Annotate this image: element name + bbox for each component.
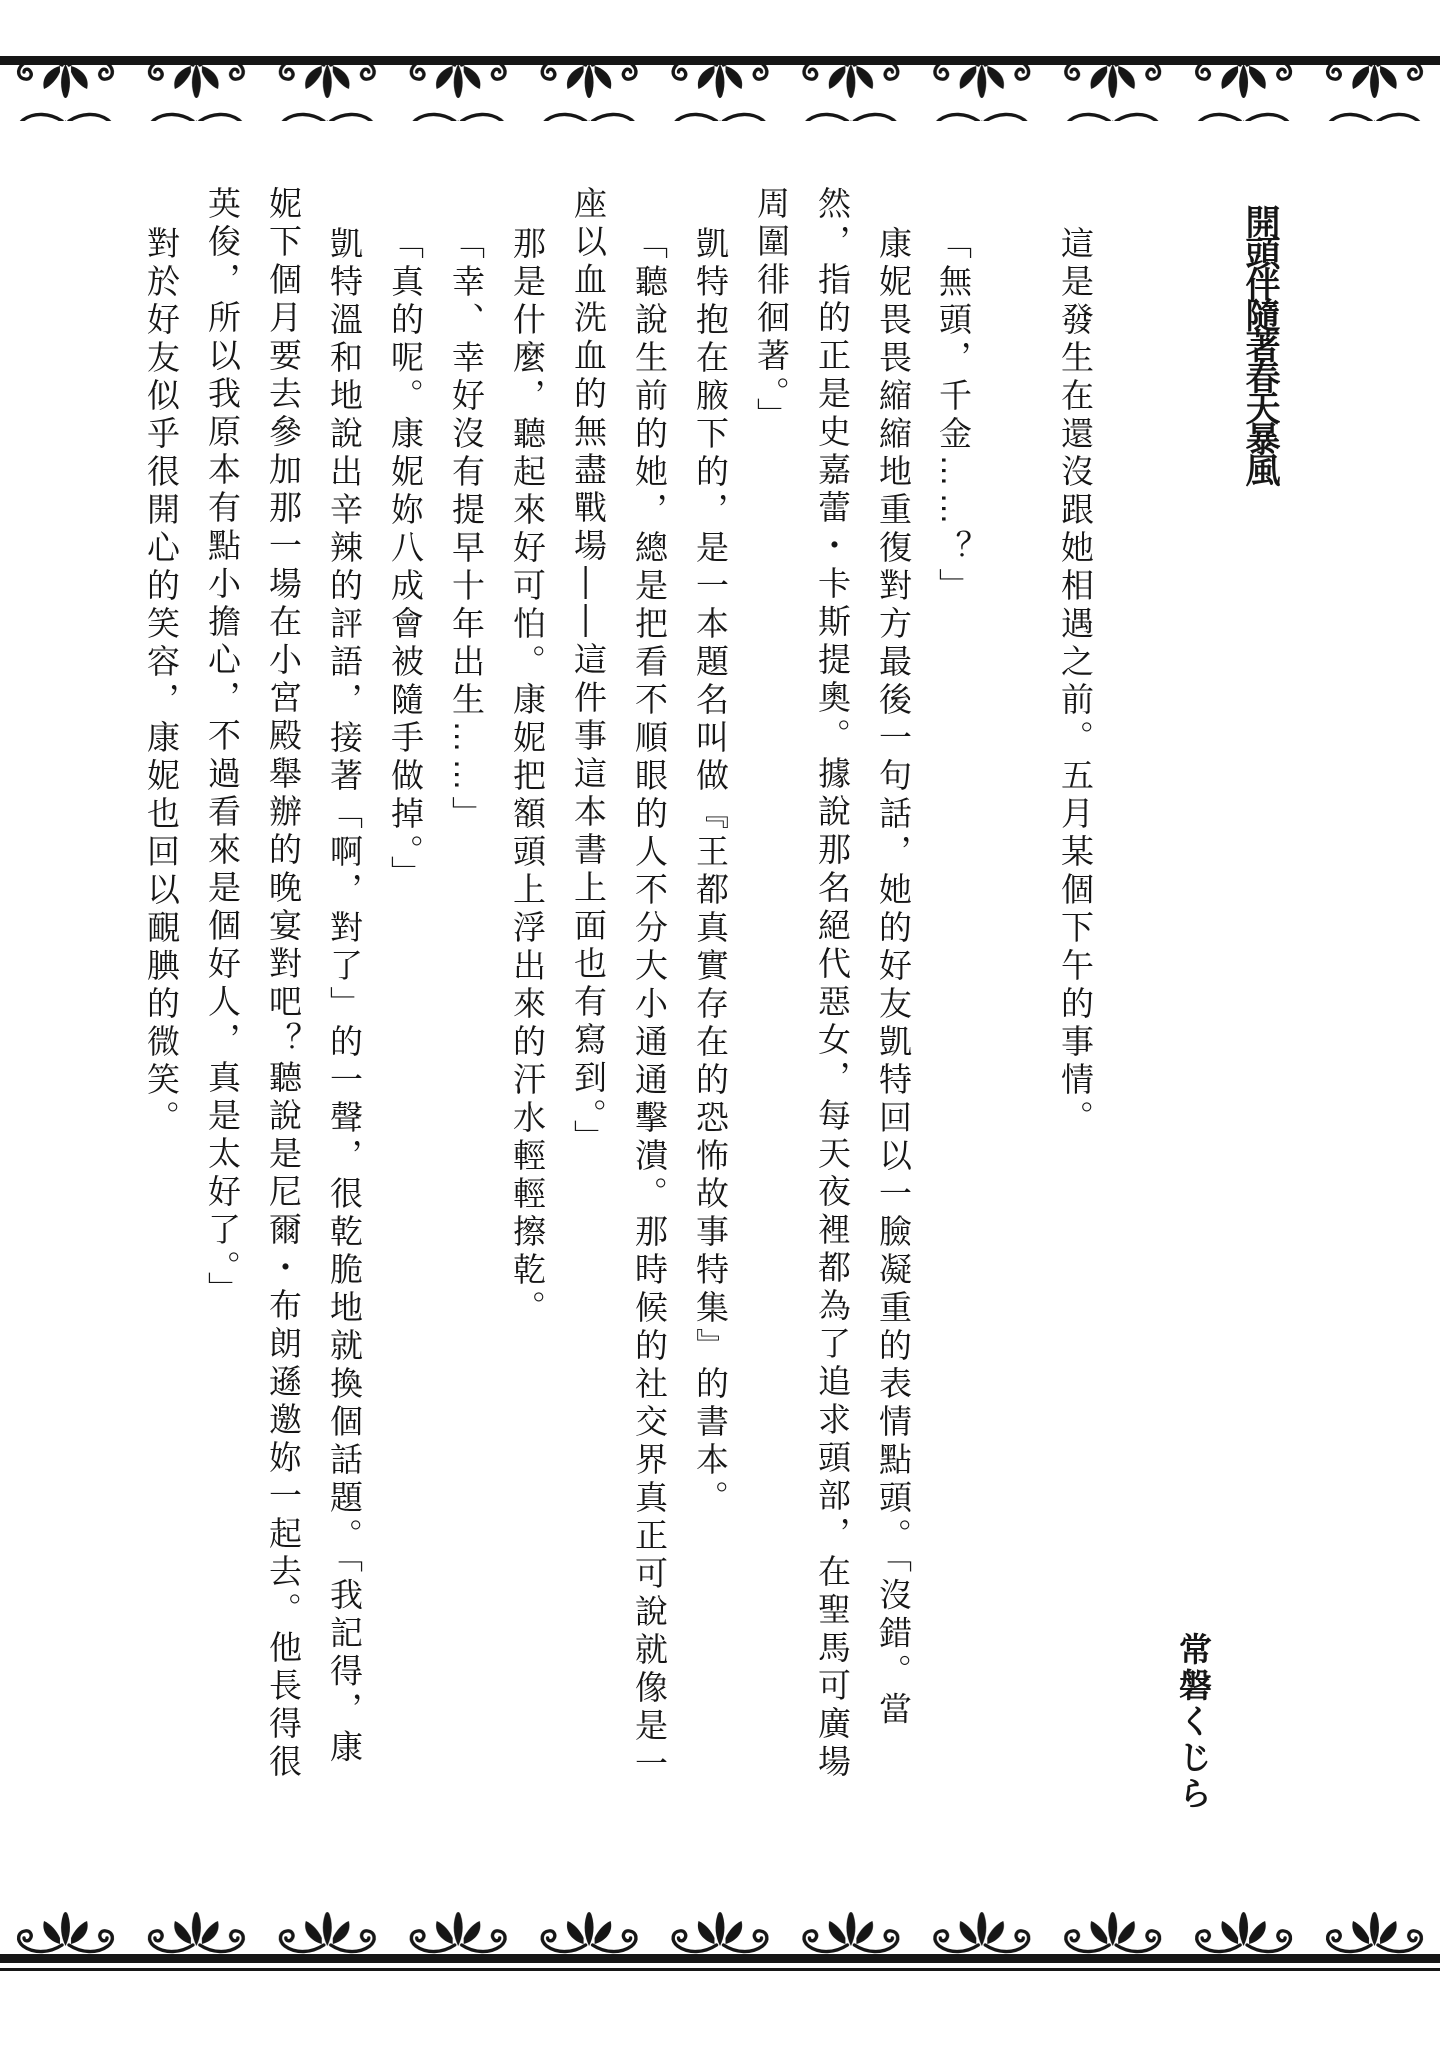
chapter-title: 開頭伴隨著春天暴風 xyxy=(1240,204,1280,483)
text-column: 「聽說生前的她，總是把看不順眼的人不分大小通通擊潰。那時候的社交界真正可說就像是… xyxy=(629,226,669,1784)
author-name: 常磐くじら xyxy=(1173,1632,1213,1812)
text-column: 「幸、幸好沒有提早十年出生……」 xyxy=(446,226,486,834)
bottom-ornament-border-icon xyxy=(0,1898,1440,1978)
text-column: 然，指的正是史嘉蕾・卡斯提奧。據說那名絕代惡女，每天夜裡都為了追求頭部，在聖馬可… xyxy=(812,186,852,1782)
text-column: 周圍徘徊著。」 xyxy=(751,186,791,436)
text-column: 凱特溫和地說出辛辣的評語，接著「啊，對了」的一聲，很乾脆地就換個話題。「我記得，… xyxy=(324,226,364,1768)
book-page: 開頭伴隨著春天暴風 常磐くじら 這是發生在還沒跟她相遇之前。五月某個下午的事情。… xyxy=(0,0,1440,2048)
text-column: 康妮畏畏縮縮地重復對方最後一句話，她的好友凱特回以一臉凝重的表情點頭。「沒錯。當 xyxy=(873,226,913,1730)
top-ornament-border-icon xyxy=(0,56,1440,122)
text-column: 英俊，所以我原本有點小擔心，不過看來是個好人，真是太好了。」 xyxy=(202,186,242,1310)
text-column: 對於好友似乎很開心的笑容，康妮也回以靦腆的微笑。 xyxy=(141,226,181,1138)
text-column: 妮下個月要去參加那一場在小宮殿舉辦的晚宴對吧？聽說是尼爾・布朗遜邀妳一起去。他長… xyxy=(263,186,303,1782)
text-column: 「真的呢。康妮妳八成會被隨手做掉。」 xyxy=(385,226,425,894)
text-column: 這是發生在還沒跟她相遇之前。五月某個下午的事情。 xyxy=(1055,226,1095,1138)
text-column: 「無頭，千金……？」 xyxy=(933,226,973,606)
text-column: 座以血洗血的無盡戰場——這件事這本書上面也有寫到。」 xyxy=(568,186,608,1158)
text-column: 那是什麼，聽起來好可怕。康妮把額頭上浮出來的汗水輕輕擦乾。 xyxy=(507,226,547,1328)
text-column: 凱特抱在腋下的，是一本題名叫做『王都真實存在的恐怖故事特集』的書本。 xyxy=(690,226,730,1518)
